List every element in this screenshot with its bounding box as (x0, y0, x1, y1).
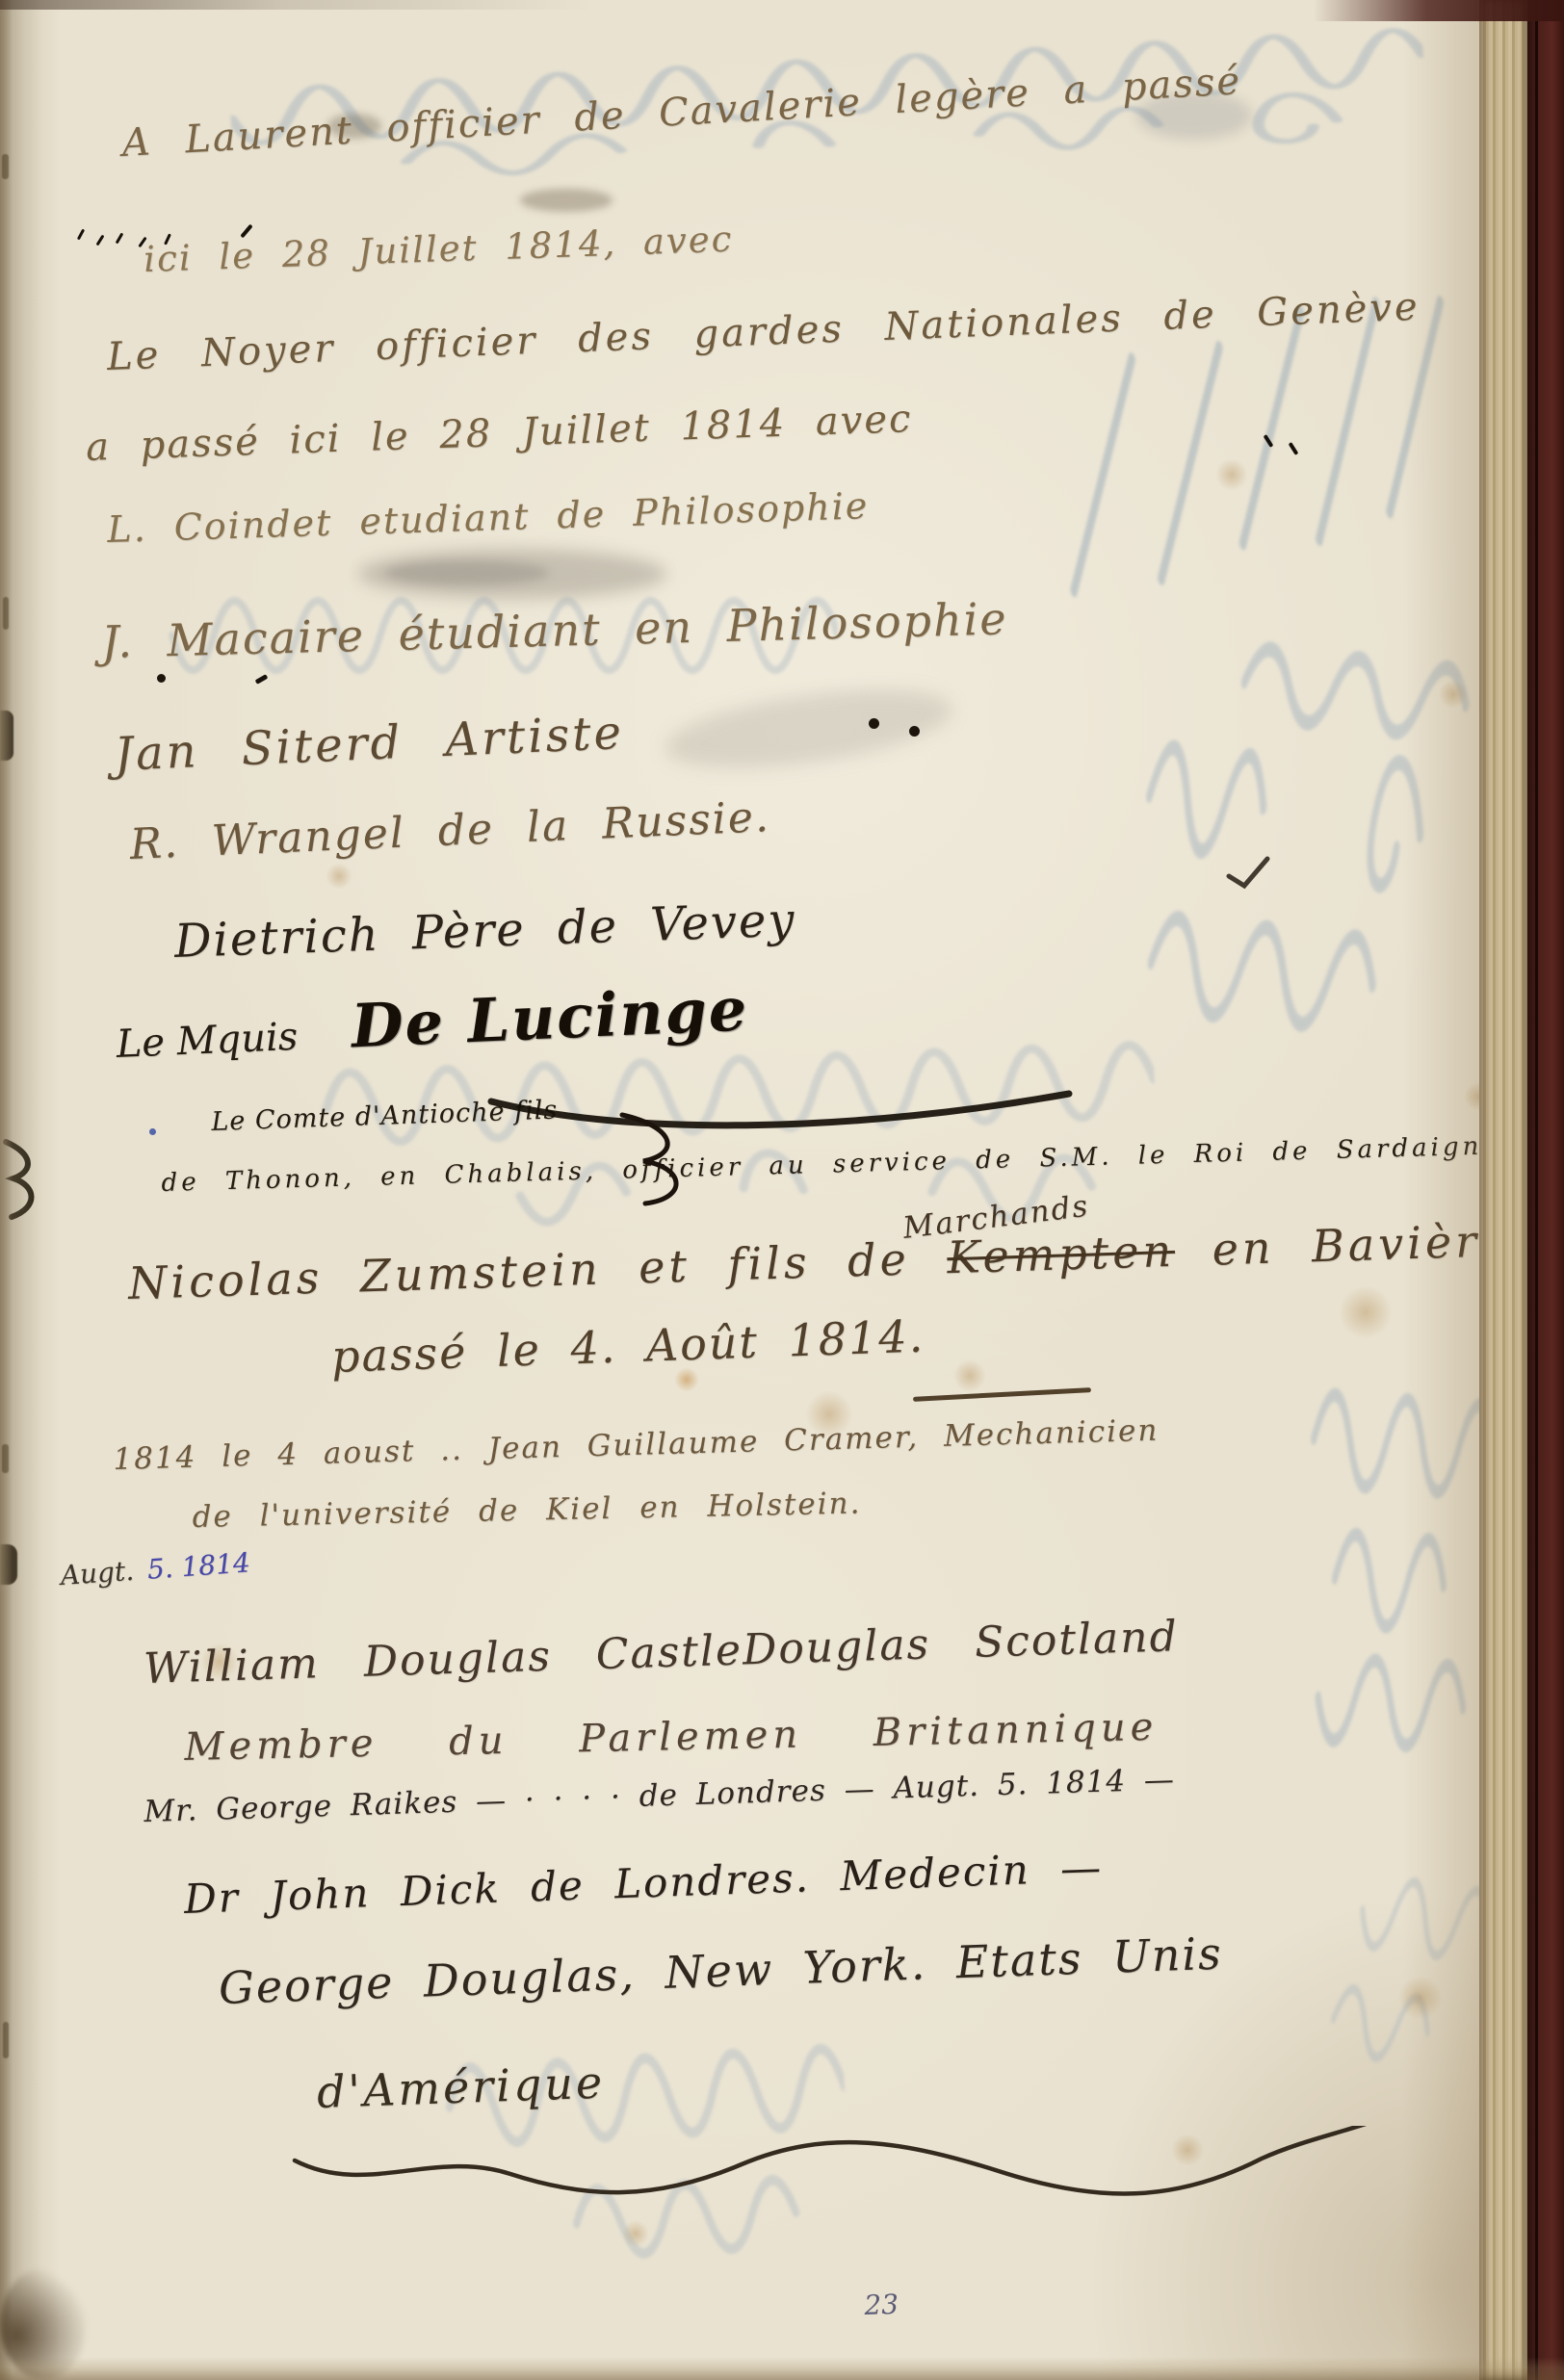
entry-passe-4-aout: passé le 4. Août 1814. (330, 1310, 925, 1383)
book-cover-edge (1527, 0, 1564, 2380)
foxing-stain (326, 863, 352, 890)
page-fore-edge (1479, 0, 1527, 2380)
entry-wrangel: R. Wrangel de la Russie. (129, 792, 771, 869)
check-pen-mark (1225, 855, 1273, 890)
entry-a-passe-ici: a passé ici le 28 Juillet 1814 avec (85, 397, 913, 470)
entry-john-dick: Dr John Dick de Londres. Medecin — (183, 1844, 1104, 1923)
ink-smudge (520, 189, 613, 212)
foxing-stain (674, 1367, 699, 1392)
gutter-tear (3, 2022, 9, 2058)
foxing-stain (1339, 1285, 1393, 1339)
entry-george-raikes: Mr. George Raikes — · · · · de Londres —… (143, 1762, 1176, 1829)
underline-flourish-lucinge (482, 1086, 1079, 1144)
entry-amerique: d'Amérique (316, 2057, 606, 2118)
underline-flourish-amerique (289, 2126, 1483, 2212)
entry-membre-parlement: Membre du Parlemen Britannique (184, 1705, 1159, 1770)
gutter-tear (2, 1444, 9, 1473)
ink-dot (909, 726, 920, 737)
page-curve-shadow (1402, 0, 1479, 2380)
page-top-edge (0, 0, 1564, 10)
page-bottom-edge (0, 2357, 1564, 2380)
ink-dot (157, 674, 166, 683)
pen-swash (607, 1107, 732, 1213)
manuscript-page: A Laurent officier de Cavalerie legère a… (0, 0, 1564, 2380)
entry-aug-note-blue: 5. 1814 (146, 1546, 251, 1585)
entry-zumstein-struck-word: Kempten (946, 1225, 1175, 1283)
entry-dietrich: Dietrich Père de Vevey (173, 892, 796, 969)
foxing-stain (953, 1359, 986, 1392)
ink-speck (96, 235, 105, 246)
entry-aug-5-1814-note: Augt.5. 1814 (60, 1546, 251, 1591)
entry-de-lucinge-prefix: Le Mquis (116, 1015, 299, 1067)
ink-speck (116, 233, 124, 245)
entry-universite-kiel: de l'université de Kiel en Holstein. (192, 1486, 862, 1535)
gutter-tear (3, 597, 9, 630)
gutter-tear (2, 154, 9, 179)
foxing-stain (1215, 458, 1248, 491)
ink-smudge (385, 560, 549, 585)
ink-speck (77, 228, 85, 240)
entry-date-28-juillet: ici le 28 Juillet 1814, avec (143, 219, 734, 280)
foxing-stain (622, 2220, 649, 2247)
entry-aug-note-dark: Augt. (60, 1555, 135, 1591)
ink-dot (869, 718, 879, 729)
blue-ink-dot (149, 1128, 156, 1135)
page-number: 23 (864, 2289, 899, 2321)
book-cover-crease (1535, 0, 1538, 2380)
